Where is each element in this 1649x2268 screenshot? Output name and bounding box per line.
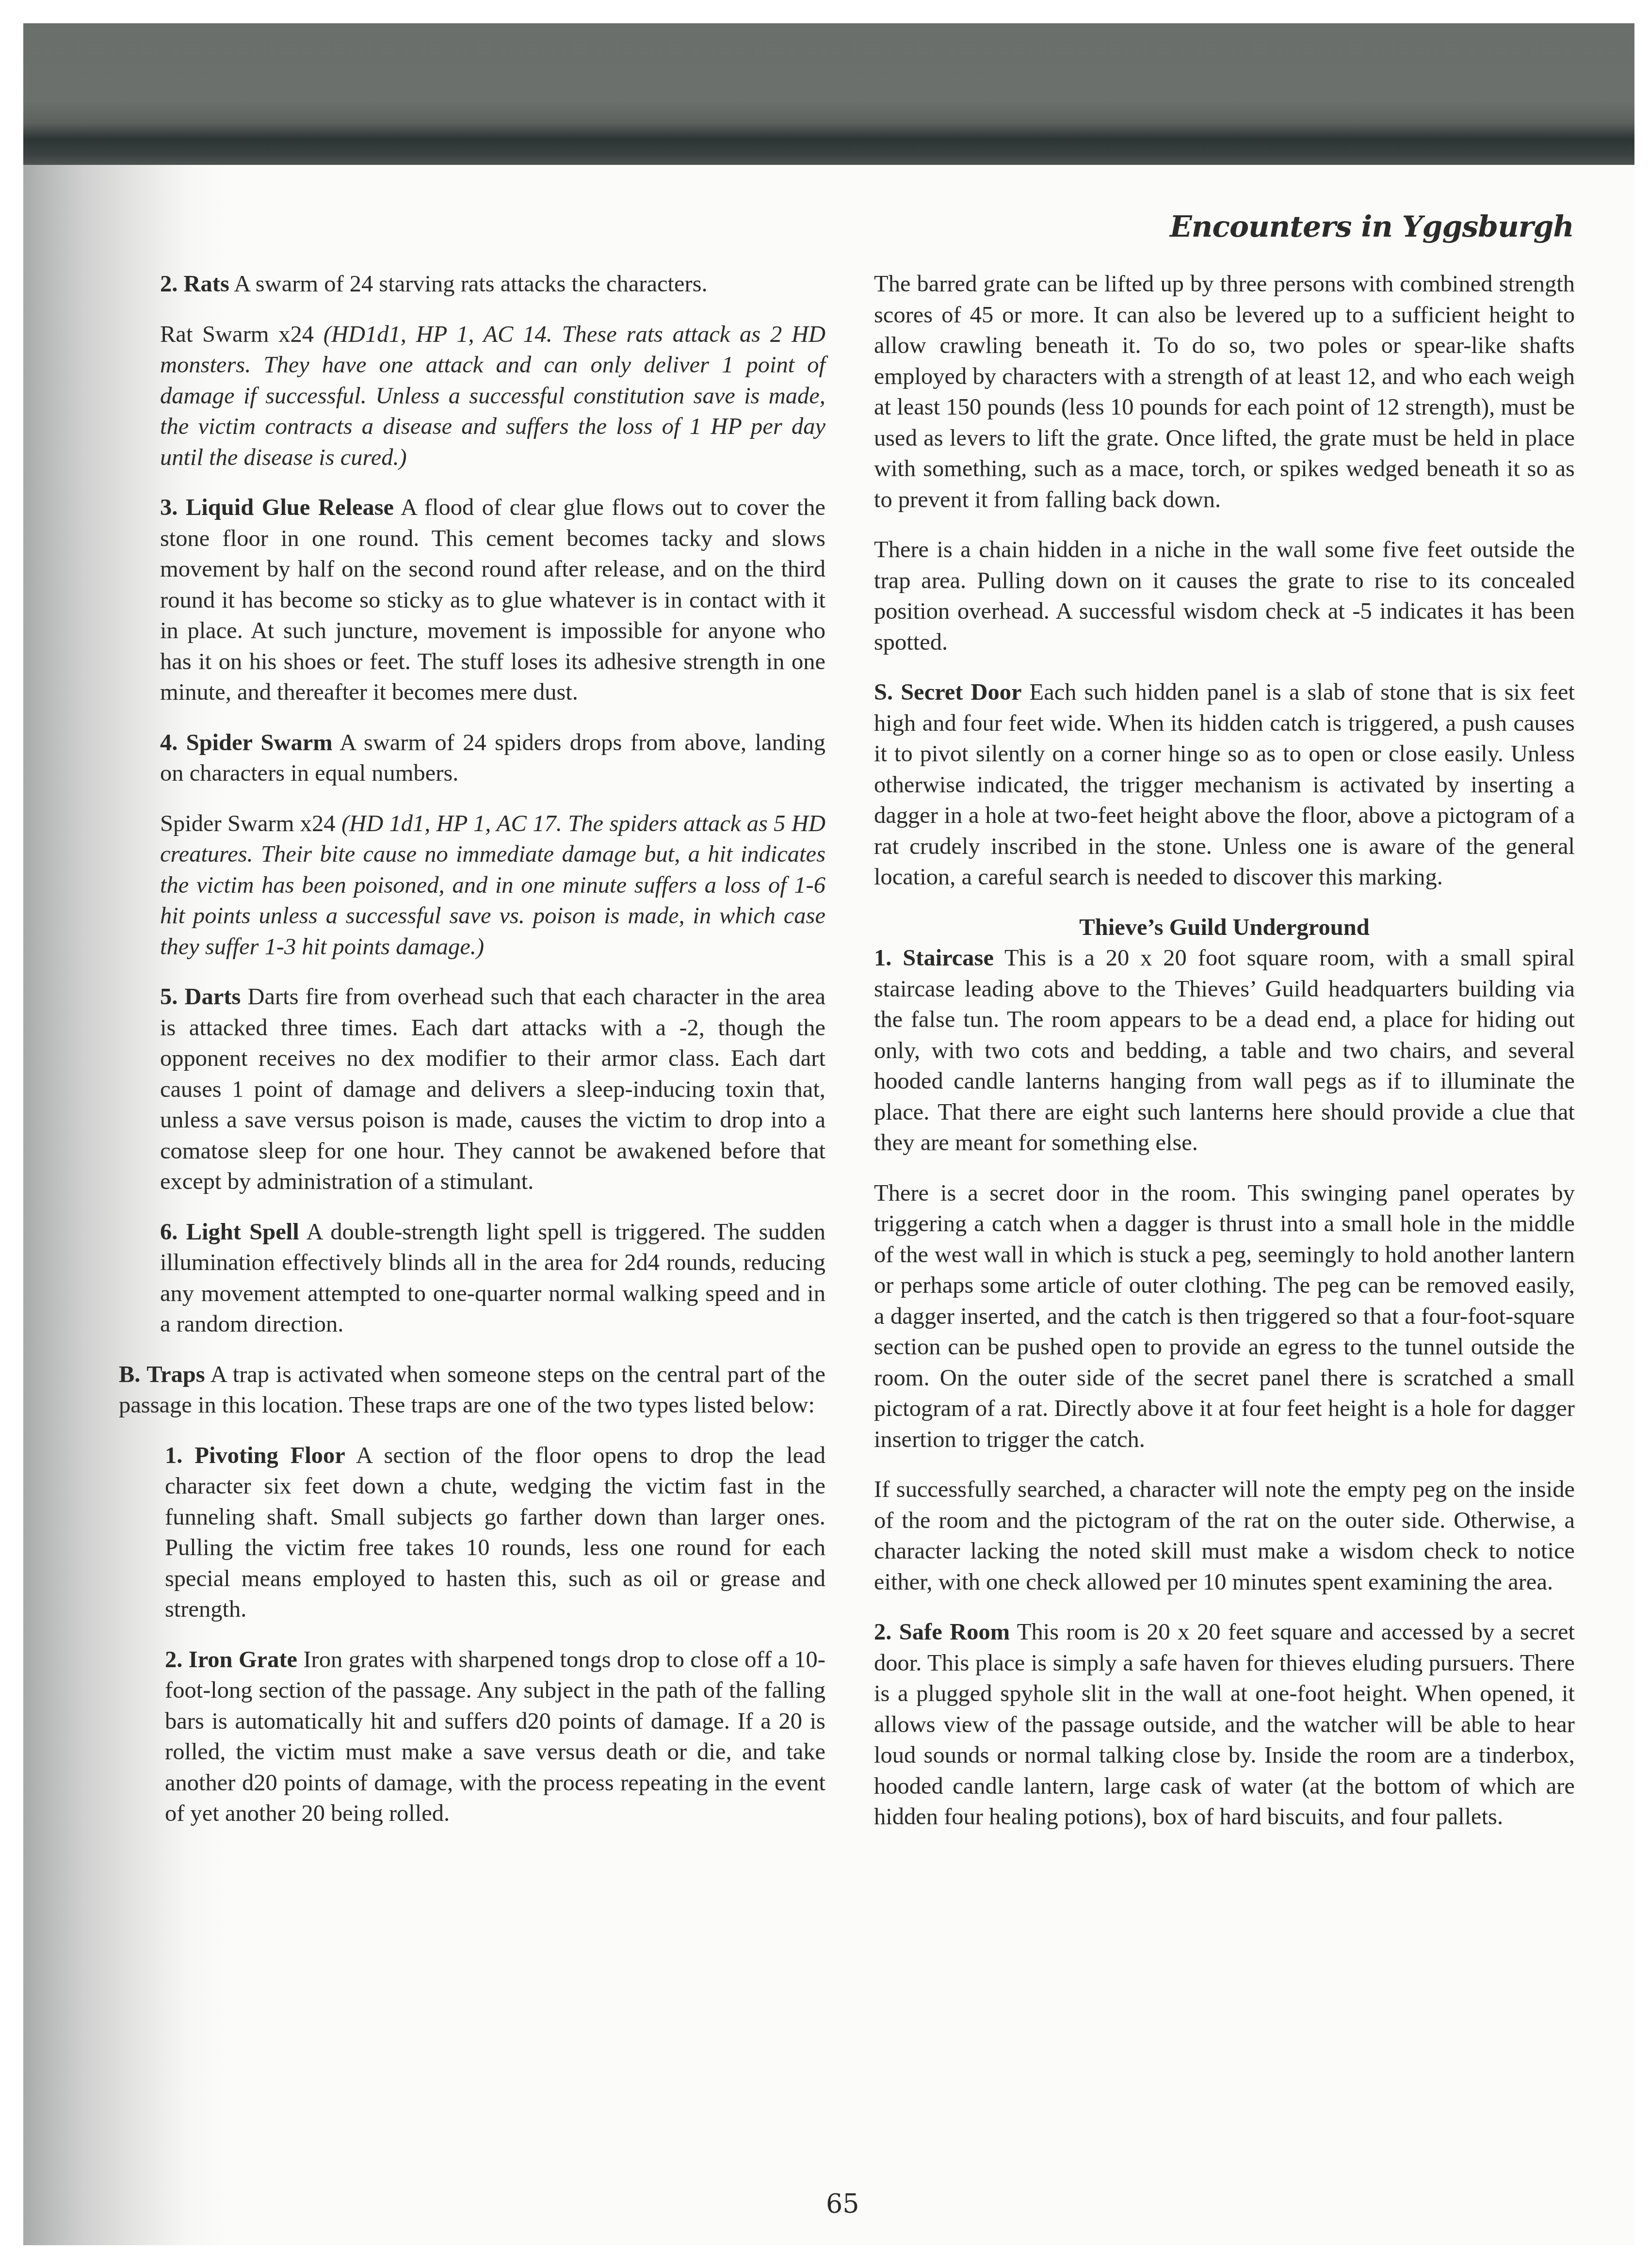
entry-title: 5. Darts xyxy=(160,984,241,1010)
entry-spider-swarm: 4. Spider Swarm A swarm of 24 spiders dr… xyxy=(160,727,825,789)
entry-pivoting-floor: 1. Pivoting Floor A section of the floor… xyxy=(165,1440,825,1625)
entry-safe-room: 2. Safe Room This room is 20 x 20 feet s… xyxy=(874,1617,1575,1833)
entry-text: A trap is activated when someone steps o… xyxy=(119,1362,825,1418)
paragraph-chain: There is a chain hidden in a niche in th… xyxy=(874,534,1575,658)
entry-iron-grate: 2. Iron Grate Iron grates with sharpened… xyxy=(165,1644,825,1829)
stat-block-spider-swarm: Spider Swarm x24 (HD 1d1, HP 1, AC 17. T… xyxy=(160,808,825,963)
running-head: Encounters in Yggsburgh xyxy=(1170,210,1574,244)
entry-title: 3. Liquid Glue Release xyxy=(160,495,394,520)
page-number: 65 xyxy=(826,2188,859,2219)
left-column: 2. Rats A swarm of 24 starving rats atta… xyxy=(160,269,825,1849)
entry-secret-door: S. Secret Door Each such hidden panel is… xyxy=(874,677,1575,893)
entry-text: A swarm of 24 starving rats attacks the … xyxy=(229,271,708,297)
entry-text: Darts fire from overhead such that each … xyxy=(160,984,825,1194)
entry-title: S. Secret Door xyxy=(874,679,1022,705)
entry-text: This is a 20 x 20 foot square room, with… xyxy=(874,945,1575,1156)
entry-title: 4. Spider Swarm xyxy=(160,730,333,756)
stat-name: Rat Swarm x24 xyxy=(160,322,323,347)
paragraph-secret-panel: There is a secret door in the room. This… xyxy=(874,1178,1575,1455)
stat-block-rat-swarm: Rat Swarm x24 (HD1d1, HP 1, AC 14. These… xyxy=(160,319,825,473)
entry-text: Each such hidden panel is a slab of ston… xyxy=(874,679,1575,890)
entry-staircase: 1. Staircase This is a 20 x 20 foot squa… xyxy=(874,943,1575,1158)
entry-title: 6. Light Spell xyxy=(160,1219,299,1245)
entry-title: 1. Pivoting Floor xyxy=(165,1443,345,1468)
paragraph-search: If successfully searched, a character wi… xyxy=(874,1474,1575,1597)
stat-name: Spider Swarm x24 xyxy=(160,811,341,836)
entry-text: Iron grates with sharpened tongs drop to… xyxy=(165,1647,825,1827)
entry-darts: 5. Darts Darts fire from overhead such t… xyxy=(160,981,825,1197)
paragraph-grate-lift: The barred grate can be lifted up by thr… xyxy=(874,269,1575,515)
entry-text: This room is 20 x 20 feet square and acc… xyxy=(874,1619,1575,1830)
entry-title: 1. Staircase xyxy=(874,945,994,971)
entry-text: A section of the floor opens to drop the… xyxy=(165,1443,825,1623)
entry-title: 2. Safe Room xyxy=(874,1619,1010,1645)
entry-title: 2. Rats xyxy=(160,271,229,297)
entry-light-spell: 6. Light Spell A double-strength light s… xyxy=(160,1217,825,1340)
entry-title: 2. Iron Grate xyxy=(165,1647,297,1673)
scanner-bed-band xyxy=(23,23,1634,165)
entry-rats: 2. Rats A swarm of 24 starving rats atta… xyxy=(160,269,825,300)
entry-title: B. Traps xyxy=(119,1362,205,1387)
entry-b-traps: B. Traps A trap is activated when someon… xyxy=(119,1359,825,1421)
section-heading: Thieve’s Guild Underground xyxy=(874,912,1575,943)
book-page: Encounters in Yggsburgh 2. Rats A swarm … xyxy=(23,23,1634,2245)
right-column: The barred grate can be lifted up by thr… xyxy=(874,269,1575,1852)
entry-liquid-glue: 3. Liquid Glue Release A flood of clear … xyxy=(160,492,825,708)
entry-text: A flood of clear glue flows out to cover… xyxy=(160,495,825,705)
